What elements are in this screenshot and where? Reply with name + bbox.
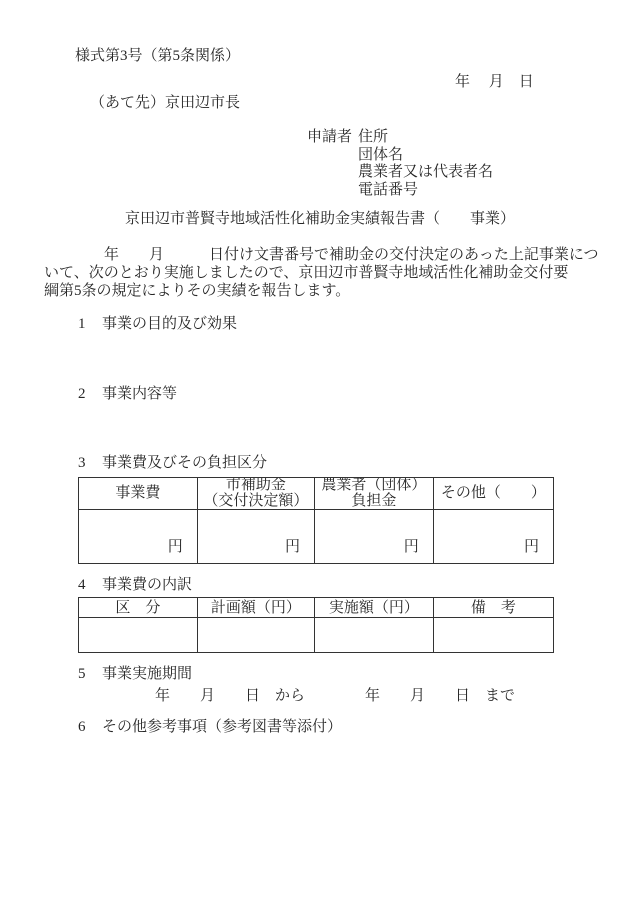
date-blank-line: 年 月 日 [455, 74, 534, 91]
section-heading-2: 2事業内容等 [78, 386, 177, 403]
cost-table-value-cell: 円 [197, 510, 314, 564]
form-number: 様式第3号（第5条関係） [75, 48, 240, 65]
section-number: 2 [78, 386, 102, 403]
section-number: 4 [78, 577, 102, 594]
section-number: 3 [78, 455, 102, 472]
breakdown-table-header-actual-amount: 実施額（円） [315, 598, 434, 618]
section-number: 5 [78, 666, 102, 683]
breakdown-table-empty-cell [197, 618, 314, 653]
body-paragraph-line: 綱第5条の規定によりその実績を報告します。 [44, 282, 604, 300]
cost-table-header-farmer-burden: 農業者（団体） 負担金 [315, 478, 434, 510]
cost-table-header-row: 事業費 市補助金 （交付決定額） 農業者（団体） 負担金 その他（ ） [79, 478, 554, 510]
section-title: 事業費の内訳 [102, 577, 192, 593]
breakdown-table-empty-cell [433, 618, 553, 653]
body-paragraph-line: 年 月 日付け文書番号で補助金の交付決定のあった上記事業につ [44, 246, 604, 264]
section-title: 事業の目的及び効果 [102, 316, 237, 332]
breakdown-table-empty-cell [79, 618, 198, 653]
section-number: 1 [78, 316, 102, 333]
cost-table-header-project-cost: 事業費 [79, 478, 198, 510]
breakdown-table-empty-cell [315, 618, 434, 653]
breakdown-table-header-planned-amount: 計画額（円） [197, 598, 314, 618]
cost-table-value-cell: 円 [79, 510, 198, 564]
cost-table-value-cell: 円 [315, 510, 434, 564]
cost-breakdown-table: 区 分 計画額（円） 実施額（円） 備 考 [78, 597, 554, 653]
body-paragraph-line: いて、次のとおり実施しましたので、京田辺市普賢寺地域活性化補助金交付要 [44, 264, 604, 282]
section-heading-6: 6その他参考事項（参考図書等添付） [78, 719, 342, 736]
section-heading-1: 1事業の目的及び効果 [78, 316, 237, 333]
addressee-line: （あて先）京田辺市長 [90, 95, 240, 112]
breakdown-table-header-remarks: 備 考 [433, 598, 553, 618]
applicant-address-label: 住所 [358, 129, 493, 147]
section-heading-3: 3事業費及びその負担区分 [78, 455, 267, 472]
body-paragraph: 年 月 日付け文書番号で補助金の交付決定のあった上記事業につ いて、次のとおり実… [44, 246, 604, 300]
cost-table-value-row: 円 円 円 円 [79, 510, 554, 564]
cost-table-header-other: その他（ ） [433, 478, 553, 510]
section-title: 事業内容等 [102, 386, 177, 402]
applicant-phone-label: 電話番号 [358, 182, 493, 200]
breakdown-table-header-row: 区 分 計画額（円） 実施額（円） 備 考 [79, 598, 554, 618]
section-heading-4: 4事業費の内訳 [78, 577, 192, 594]
period-blank-line: 年 月 日 から 年 月 日 まで [155, 688, 515, 705]
breakdown-table-empty-row [79, 618, 554, 653]
document-title: 京田辺市普賢寺地域活性化補助金実績報告書（ 事業） [125, 211, 515, 228]
breakdown-table-header-category: 区 分 [79, 598, 198, 618]
document-page: 様式第3号（第5条関係） 年 月 日 （あて先）京田辺市長 申請者 住所 団体名… [0, 0, 630, 903]
cost-table-value-cell: 円 [433, 510, 553, 564]
section-number: 6 [78, 719, 102, 736]
section-title: 事業費及びその負担区分 [102, 455, 267, 471]
section-title: 事業実施期間 [102, 666, 192, 682]
section-heading-5: 5事業実施期間 [78, 666, 192, 683]
cost-table-header-city-subsidy: 市補助金 （交付決定額） [197, 478, 314, 510]
applicant-farmer-or-rep-label: 農業者又は代表者名 [358, 164, 493, 182]
applicant-label: 申請者 [307, 129, 352, 146]
applicant-org-name-label: 団体名 [358, 147, 493, 165]
cost-allocation-table: 事業費 市補助金 （交付決定額） 農業者（団体） 負担金 その他（ ） 円 円 … [78, 477, 554, 564]
applicant-fields: 住所 団体名 農業者又は代表者名 電話番号 [358, 129, 493, 199]
section-title: その他参考事項（参考図書等添付） [102, 719, 342, 735]
